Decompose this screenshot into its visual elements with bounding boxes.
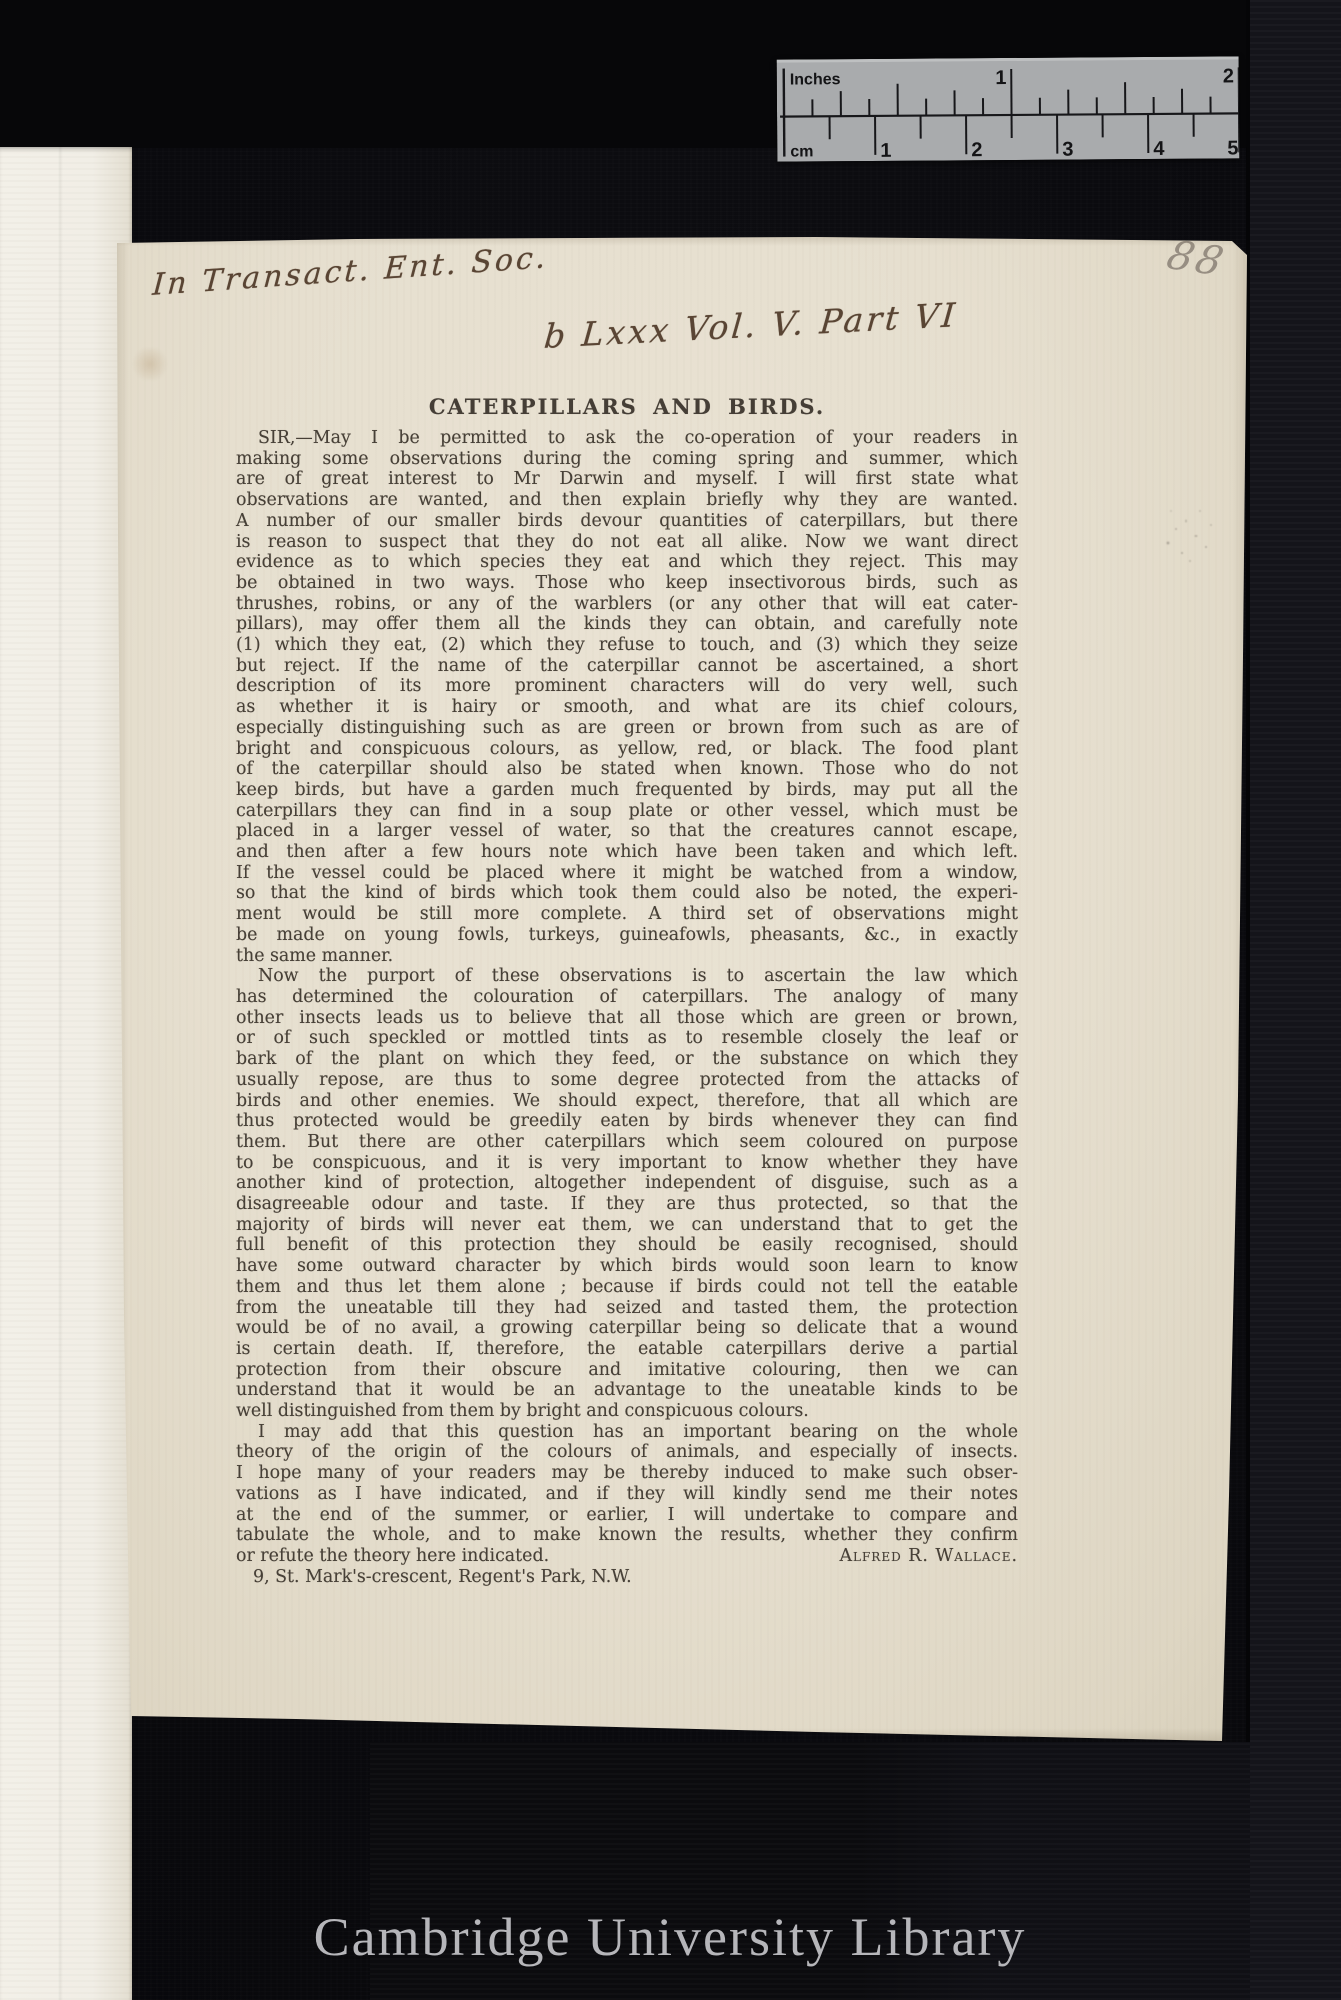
printed-line: bright and conspicuous colours, as yello… [236,739,1018,760]
signature-line: or refute the theory here indicated.Alfr… [236,1546,1018,1567]
printed-line: another kind of protection, altogether i… [236,1173,1018,1194]
printed-line: to be conspicuous, and it is very import… [236,1153,1018,1174]
svg-text:3: 3 [1062,139,1073,161]
printed-line: would be of no avail, a growing caterpil… [236,1318,1018,1339]
paragraphs: SIR,—May I be permitted to ask the co-op… [236,428,1018,1567]
printed-line: well distinguished from them by bright a… [236,1401,1018,1422]
printed-line: are of great interest to Mr Darwin and m… [236,469,1018,490]
printed-line: birds and other enemies. We should expec… [236,1091,1018,1112]
printed-line: as whether it is hairy or smooth, and wh… [236,697,1018,718]
printed-line: SIR,—May I be permitted to ask the co-op… [236,428,1018,449]
printed-line: bark of the plant on which they feed, or… [236,1049,1018,1070]
printed-line: tabulate the whole, and to make known th… [236,1525,1018,1546]
signature-name: Alfred R. Wallace. [839,1546,1018,1567]
photograph-of-document: In Transact. Ent. Soc. b Lxxx Vol. V. Pa… [0,0,1341,2000]
printed-line: other insects leads us to believe that a… [236,1008,1018,1029]
printed-line: evidence as to which species they eat an… [236,552,1018,573]
svg-text:1: 1 [995,67,1006,89]
printed-line: understand that it would be an advantage… [236,1380,1018,1401]
paragraph: I may add that this question has an impo… [236,1422,1018,1567]
printed-line: full benefit of this protection they sho… [236,1235,1018,1256]
svg-text:cm: cm [790,143,813,160]
printed-line: especially distinguishing such as are gr… [236,718,1018,739]
paragraph: Now the purport of these observations is… [236,966,1018,1421]
printed-line: making some observations during the comi… [236,449,1018,470]
printed-line: Now the purport of these observations is… [236,966,1018,987]
pencil-archive-number: 88 [1162,233,1231,286]
printed-line: usually repose, are thus to some degree … [236,1070,1018,1091]
ruler-svg: Inchescm1212345 [777,56,1240,161]
printed-line: observations are wanted, and then explai… [236,490,1018,511]
printed-line: keep birds, but have a garden much frequ… [236,780,1018,801]
printed-line: vations as I have indicated, and if they… [236,1484,1018,1505]
svg-text:4: 4 [1153,138,1165,160]
paper-stain [130,348,170,380]
printed-line: at the end of the summer, or earlier, I … [236,1505,1018,1526]
printed-line: is reason to suspect that they do not ea… [236,532,1018,553]
printed-line: and then after a few hours note which ha… [236,842,1018,863]
printed-line: description of its more prominent charac… [236,676,1018,697]
ink-smudge [1156,481,1222,567]
address-line: 9, St. Mark's-crescent, Regent's Park, N… [236,1567,1018,1588]
paragraph: SIR,—May I be permitted to ask the co-op… [236,428,1018,966]
printed-line: placed in a larger vessel of water, so t… [236,821,1018,842]
printed-line: (1) which they eat, (2) which they refus… [236,635,1018,656]
printed-line: I hope many of your readers may be there… [236,1463,1018,1484]
printed-line: be made on young fowls, turkeys, guineaf… [236,925,1018,946]
album-page-edge [0,147,132,2000]
printed-line: theory of the origin of the colours of a… [236,1442,1018,1463]
printed-letter-page: In Transact. Ent. Soc. b Lxxx Vol. V. Pa… [116,236,1248,1742]
printed-line: majority of birds will never eat them, w… [236,1215,1018,1236]
printed-line: thrushes, robins, or any of the warblers… [236,594,1018,615]
svg-text:2: 2 [1223,65,1234,87]
svg-text:5: 5 [1227,137,1238,159]
printed-line: so that the kind of birds which took the… [236,883,1018,904]
printed-line: is certain death. If, therefore, the eat… [236,1339,1018,1360]
printed-line: disagreeable odour and taste. If they ar… [236,1194,1018,1215]
printed-line: pillars), may offer them all the kinds t… [236,614,1018,635]
printed-line: of the caterpillar should also be stated… [236,759,1018,780]
printed-line: have some outward character by which bir… [236,1256,1018,1277]
printed-line: the same manner. [236,946,1018,967]
handwritten-annotation-line2: b Lxxx Vol. V. Part VI [543,295,960,356]
printed-line: ment would be still more complete. A thi… [236,904,1018,925]
backdrop-right-band [1246,0,1341,2000]
printed-line: them and thus let them alone ; because i… [236,1277,1018,1298]
letter-body: SIR,—May I be permitted to ask the co-op… [236,428,1018,1587]
printed-line: them. But there are other caterpillars w… [236,1132,1018,1153]
svg-text:Inches: Inches [790,71,841,88]
printed-line: has determined the colouration of caterp… [236,987,1018,1008]
printed-line: be obtained in two ways. Those who keep … [236,573,1018,594]
printed-line: from the uneatable till they had seized … [236,1298,1018,1319]
printed-line: caterpillars they can find in a soup pla… [236,801,1018,822]
printed-line: or of such speckled or mottled tints as … [236,1028,1018,1049]
svg-text:1: 1 [880,140,891,162]
printed-line: I may add that this question has an impo… [236,1422,1018,1443]
printed-line: but reject. If the name of the caterpill… [236,656,1018,677]
closing-text: or refute the theory here indicated. [236,1546,549,1567]
library-watermark: Cambridge University Library [170,1906,1170,1968]
printed-line: thus protected would be greedily eaten b… [236,1111,1018,1132]
printed-line: protection from their obscure and imitat… [236,1360,1018,1381]
printed-line: A number of our smaller birds devour qua… [236,511,1018,532]
page-title: CATERPILLARS AND BIRDS. [236,394,1018,419]
measurement-ruler: Inchescm1212345 [777,56,1240,161]
handwritten-annotation-line1: In Transact. Ent. Soc. [151,240,549,303]
svg-text:2: 2 [971,139,982,161]
printed-line: If the vessel could be placed where it m… [236,863,1018,884]
